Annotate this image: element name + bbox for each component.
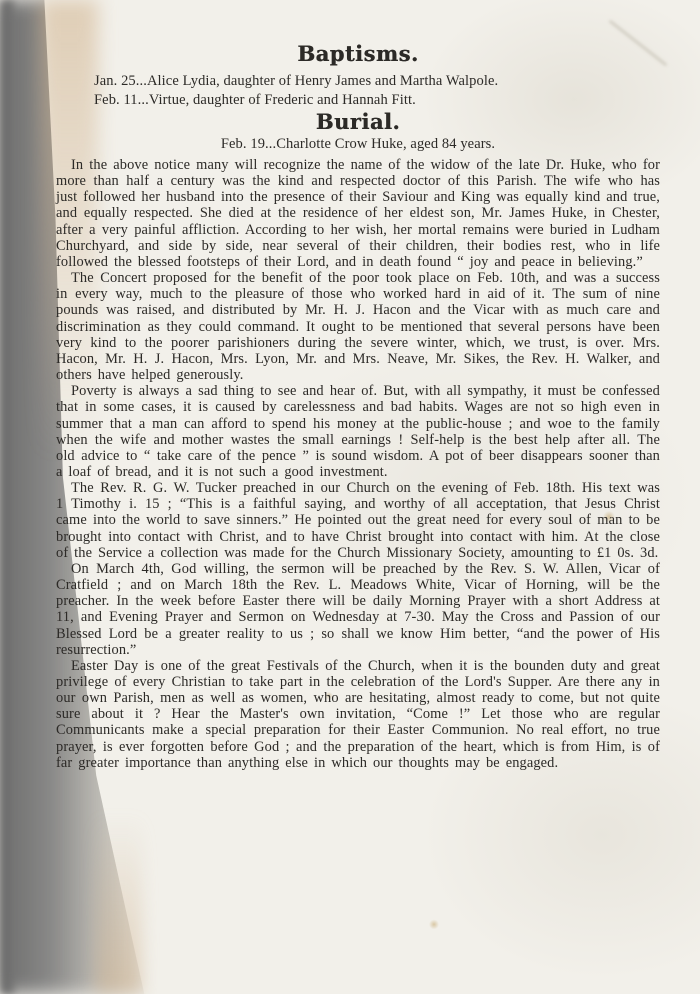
- page-content: Baptisms. Jan. 25...Alice Lydia, daughte…: [0, 0, 700, 771]
- paragraph-poverty: Poverty is always a sad thing to see and…: [56, 383, 660, 480]
- baptism-entry: Feb. 11...Virtue, daughter of Frederic a…: [94, 91, 660, 110]
- paragraph-tucker-sermon: The Rev. R. G. W. Tucker preached in our…: [56, 480, 660, 561]
- paragraph-huke-obituary: In the above notice many will recognize …: [56, 157, 660, 270]
- burial-heading: Burial.: [56, 110, 660, 134]
- scanned-parish-magazine-page: Baptisms. Jan. 25...Alice Lydia, daughte…: [0, 0, 700, 994]
- paragraph-concert-charity: The Concert proposed for the benefit of …: [56, 270, 660, 383]
- foxing-stain-bottom: [96, 815, 142, 994]
- baptism-entry: Jan. 25...Alice Lydia, daughter of Henry…: [94, 72, 660, 91]
- baptism-register: Jan. 25...Alice Lydia, daughter of Henry…: [56, 72, 660, 109]
- burial-entry: Feb. 19...Charlotte Crow Huke, aged 84 y…: [56, 135, 660, 154]
- paragraph-easter-day: Easter Day is one of the great Festivals…: [56, 658, 660, 771]
- baptisms-heading: Baptisms.: [56, 42, 660, 66]
- paragraph-march-services: On March 4th, God willing, the sermon wi…: [56, 561, 660, 658]
